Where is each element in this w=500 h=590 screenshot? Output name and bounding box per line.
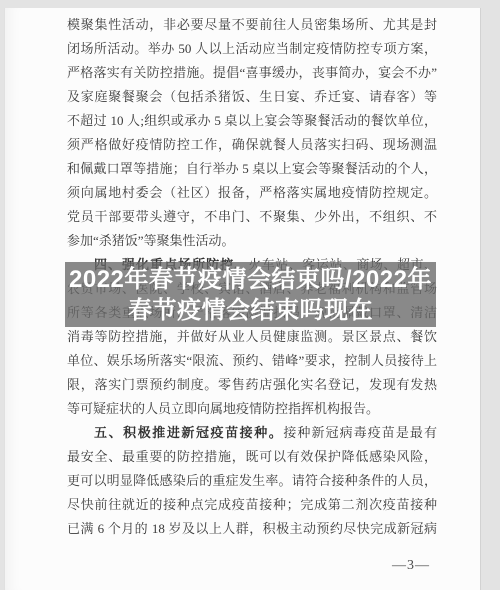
document-line: 模聚集性活动，非必要尽量不要前往人员密集场所、尤其是封 <box>67 13 437 37</box>
section-heading: 五、积极推进新冠疫苗接种。 <box>94 425 283 440</box>
document-page: 模聚集性活动，非必要尽量不要前往人员密集场所、尤其是封闭场所活动。举办 50 人… <box>4 8 481 590</box>
document-line: 不超过 10 人;组织或承办 5 桌以上宴会等聚餐活动的餐饮单位， <box>67 109 437 133</box>
document-line: 单位、娱乐场所落实“限流、预约、错峰”要求，控制人员接待上 <box>67 349 437 373</box>
overlay-title-line1: 2022年春节疫情会结束吗/2022年 <box>69 264 432 295</box>
document-line: 消毒等防控措施，并做好从业人员健康监测。景区景点、餐饮 <box>67 325 437 349</box>
screenshot-root: { "colors": { "outer_background": "#e3e3… <box>0 0 500 590</box>
document-line: 及家庭聚餐聚会（包括杀猪饭、生日宴、乔迁宴、请春客）等 <box>67 85 437 109</box>
document-line: 已满 6 个月的 18 岁及以上人群，积极主动预约尽快完成新冠病 <box>67 517 437 541</box>
document-line: 等可疑症状的人员立即向属地疫情防控指挥机构报告。 <box>67 397 437 421</box>
page-number: —3— <box>392 558 430 574</box>
document-line: 尽快前往就近的接种点完成疫苗接种；完成第二剂次疫苗接种 <box>67 493 437 517</box>
document-line: 最安全、最重要的防控措施，既可以有效保护降低感染风险， <box>67 445 437 469</box>
document-line: 和佩戴口罩等措施；自行举办 5 桌以上宴会等聚餐活动的个人， <box>67 157 437 181</box>
title-overlay: 2022年春节疫情会结束吗/2022年 春节疫情会结束吗现在 <box>65 262 436 327</box>
document-line: 须向属地村委会（社区）报备，严格落实属地疫情防控规定。 <box>67 181 437 205</box>
document-line: 限，落实门票预约制度。零售药店强化实名登记，发现有发热 <box>67 373 437 397</box>
document-line: 须严格做好疫情防控工作，确保就餐人员落实扫码、现场测温 <box>67 133 437 157</box>
document-line: 参加“杀猪饭”等聚集性活动。 <box>67 229 437 253</box>
document-line: 严格落实有关防控措施。提倡“喜事缓办，丧事简办，宴会不办” <box>67 61 437 85</box>
document-line: 五、积极推进新冠疫苗接种。接种新冠病毒疫苗是最有效、 <box>67 421 437 445</box>
document-line: 闭场所活动。举办 50 人以上活动应当制定疫情防控专项方案， <box>67 37 437 61</box>
document-line: 党员干部要带头遵守，不串门、不聚集、少外出，不组织、不 <box>67 205 437 229</box>
document-line: 更可以明显降低感染后的重症发生率。请符合接种条件的人员， <box>67 469 437 493</box>
overlay-title-line2: 春节疫情会结束吗现在 <box>128 295 373 326</box>
